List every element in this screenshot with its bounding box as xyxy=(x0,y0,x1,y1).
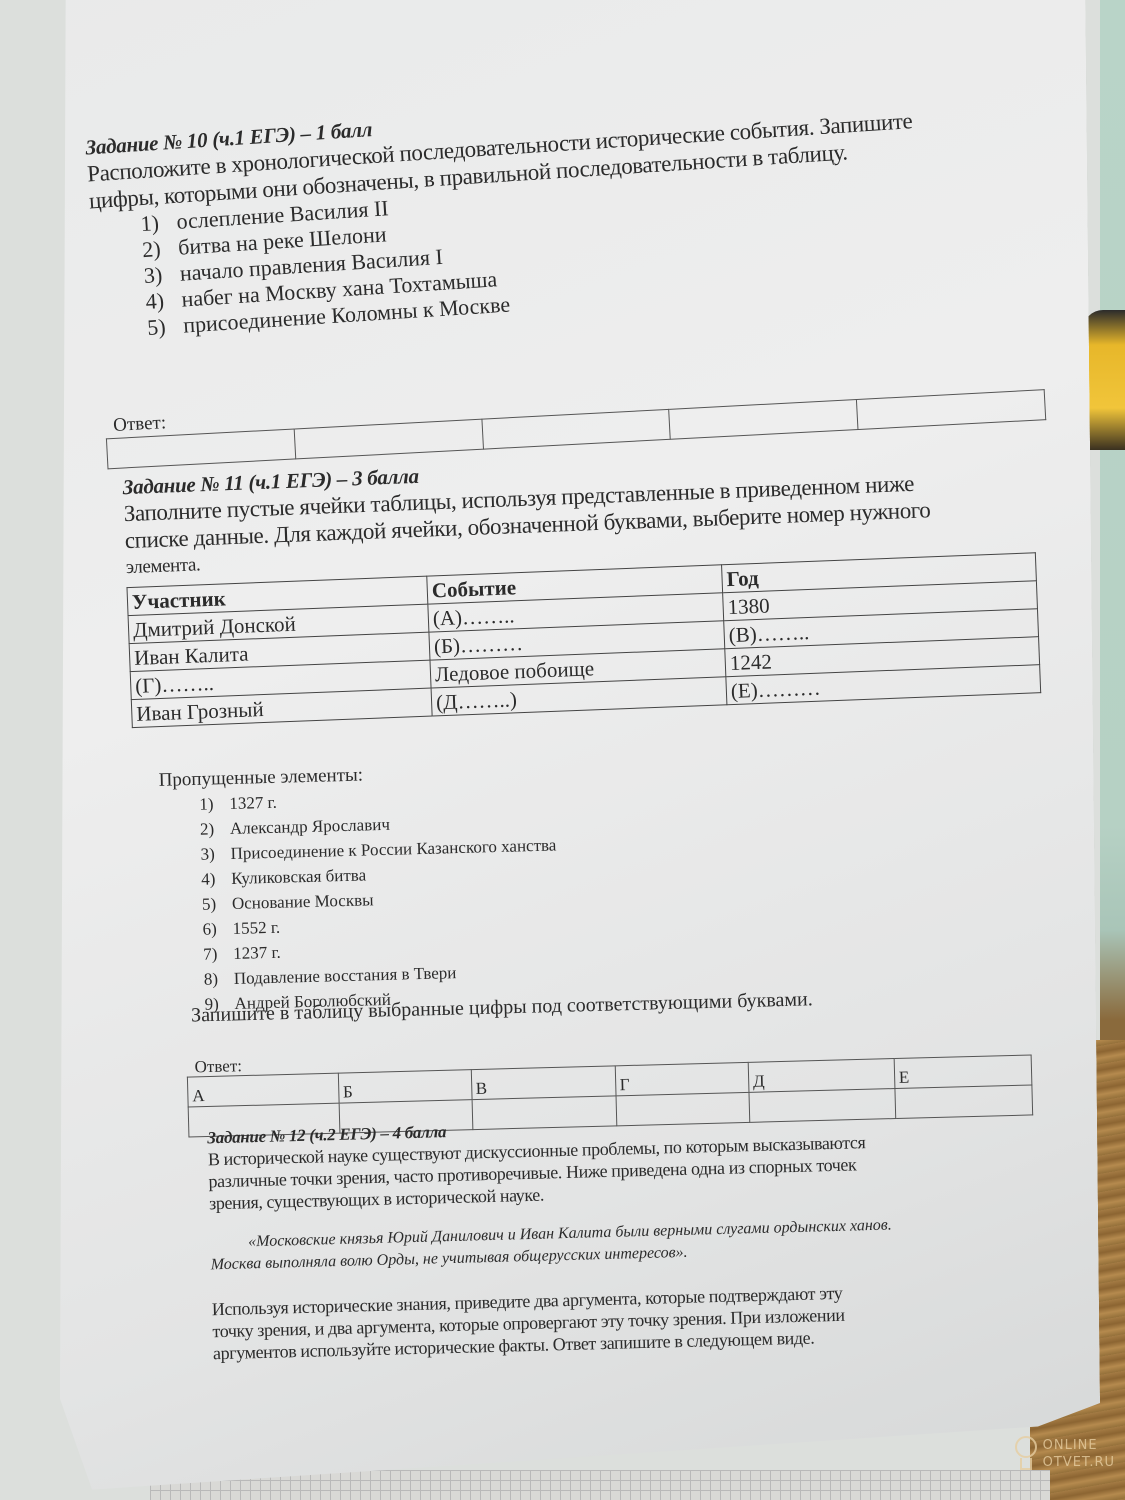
exam-sheet: Задание № 10 (ч.1 ЕГЭ) – 1 балл Располож… xyxy=(45,0,1101,1490)
watermark: ONLINE OTVET.RU xyxy=(1013,1436,1115,1472)
missing-elements: Пропущенные элементы: 1)1327 г. 2)Алекса… xyxy=(158,753,764,1018)
missing-elements-list: 1)1327 г. 2)Александр Ярославич 3)Присое… xyxy=(199,777,765,1017)
events-table: Участник Событие Год Дмитрий Донской (А)… xyxy=(126,552,1041,728)
task-11-table: Участник Событие Год Дмитрий Донской (А)… xyxy=(126,552,1041,728)
task-10: Задание № 10 (ч.1 ЕГЭ) – 1 балл Располож… xyxy=(85,70,1096,344)
task-12: Задание № 12 (ч.2 ЕГЭ) – 4 балла В истор… xyxy=(207,1106,1053,1364)
task-12-quote: «Московские князья Юрий Данилович и Иван… xyxy=(210,1210,1051,1276)
task-12-task: Используя исторические знания, приведите… xyxy=(212,1276,1053,1364)
lightbulb-icon xyxy=(1013,1436,1039,1472)
